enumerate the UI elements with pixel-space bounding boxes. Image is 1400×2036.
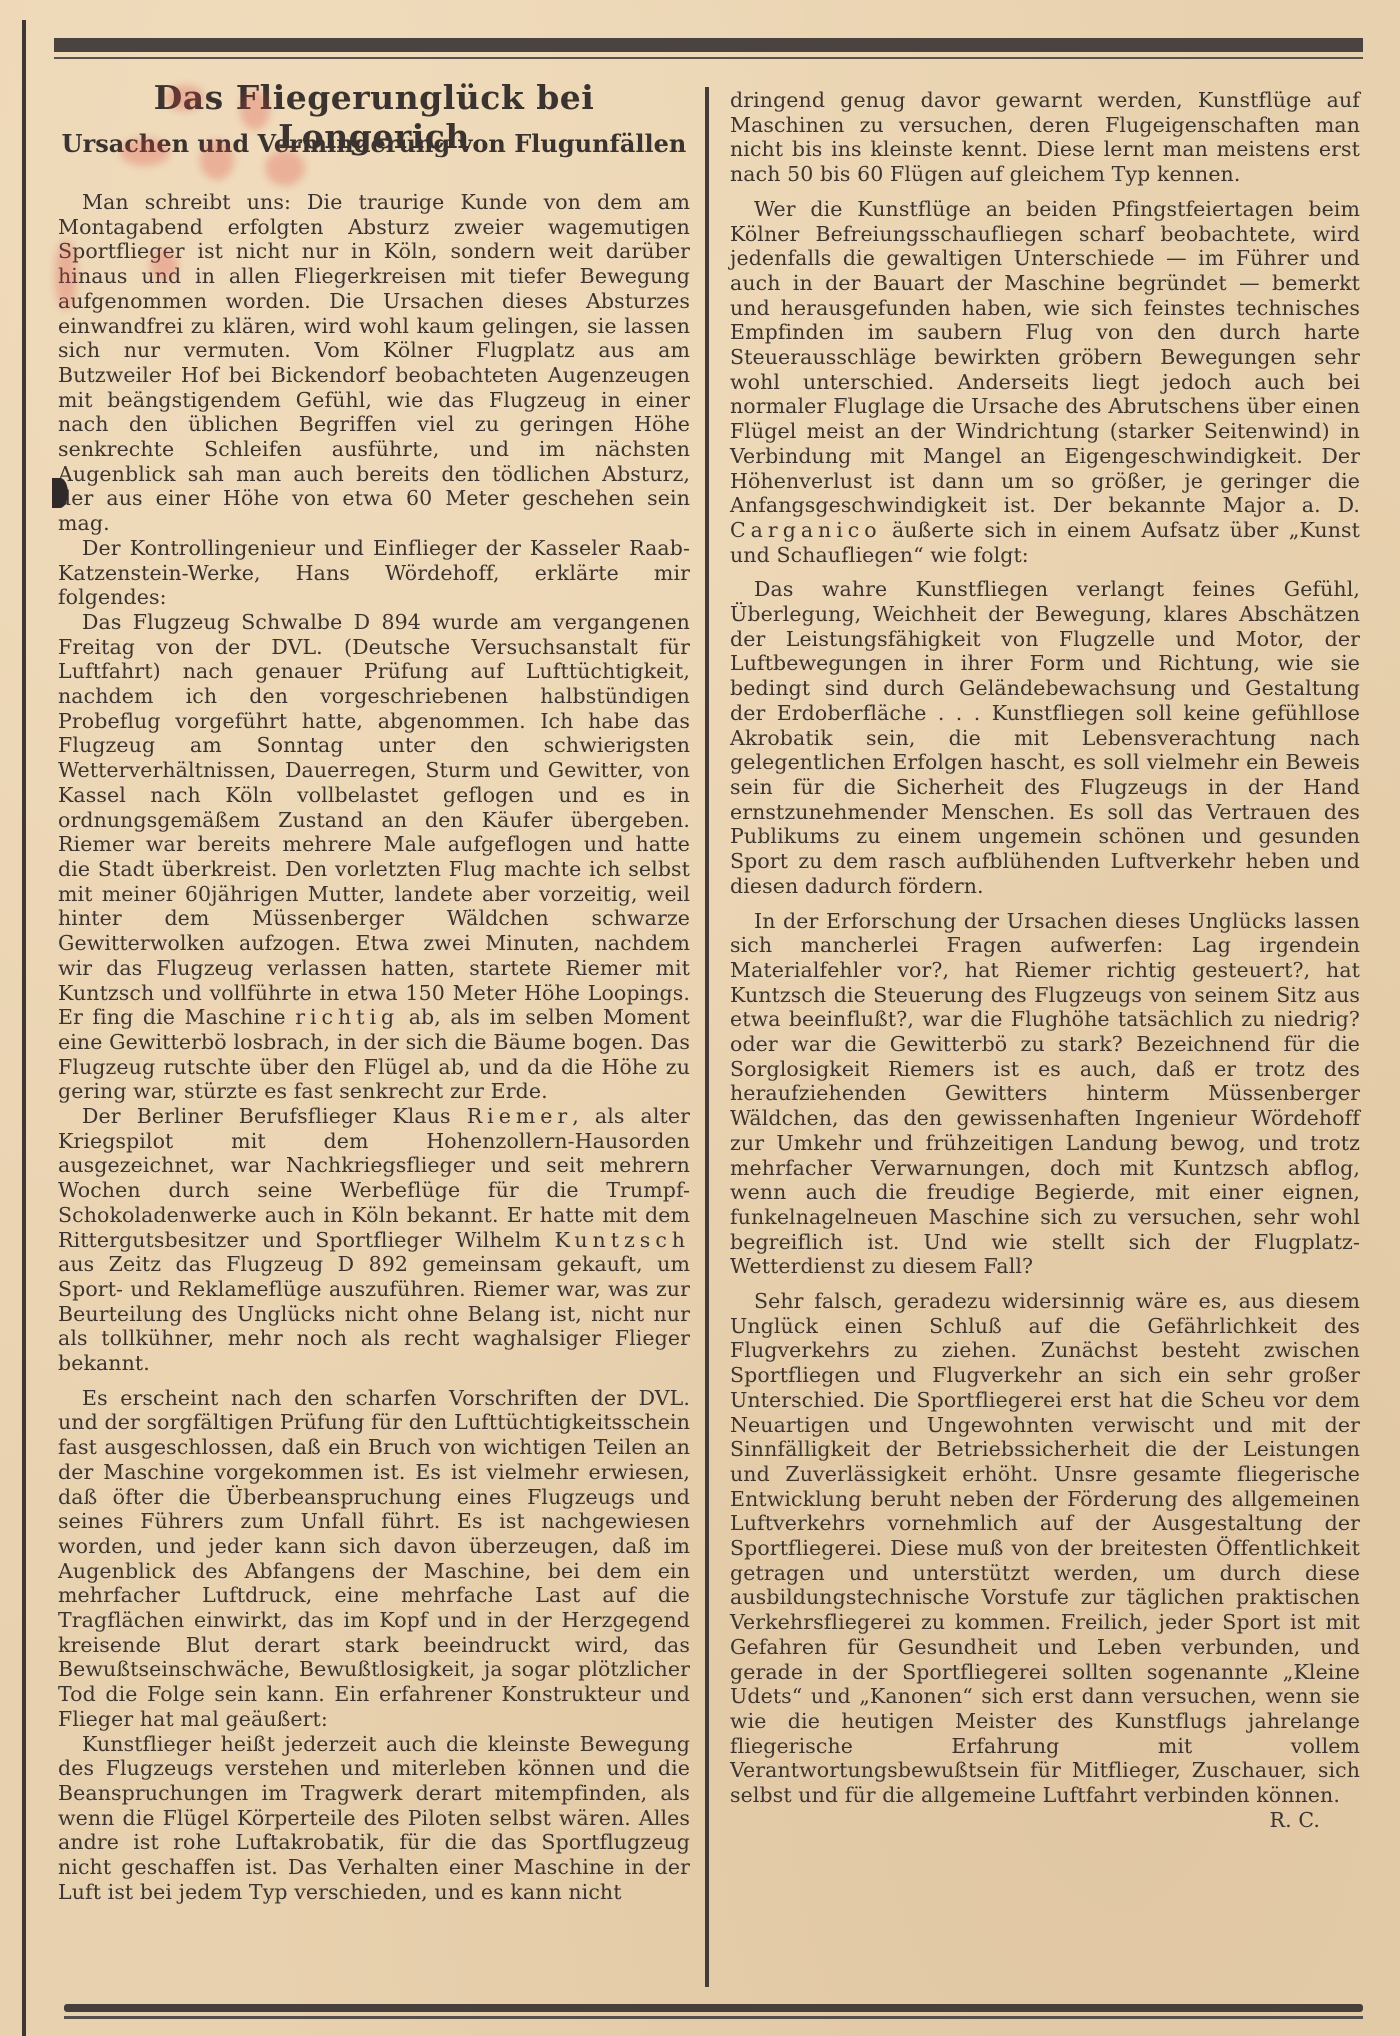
bottom-thick-rule: [64, 2004, 1363, 2012]
top-thin-rule: [54, 57, 1363, 59]
left-column: Man schreibt uns: Die traurige Kunde von…: [58, 190, 690, 1905]
paragraph-true-aerobatics: Das wahre Kunstfliegen verlangt feines G…: [730, 577, 1360, 898]
bio-lead: Der Berliner Berufsflieger Klaus: [82, 1104, 451, 1128]
paragraph-conclusion: Sehr falsch, geradezu widersinnig wäre e…: [730, 1289, 1360, 1808]
right-column: dringend genug davor gewarnt werden, Kun…: [730, 88, 1360, 1833]
name-kuntzsch: Kuntzsch: [554, 1228, 690, 1252]
paragraph-questions: In der Erforschung der Ursachen dieses U…: [730, 909, 1360, 1280]
paragraph-continuation: dringend genug davor gewarnt werden, Kun…: [730, 88, 1360, 187]
conclusion-text: Sehr falsch, geradezu widersinnig wäre e…: [730, 1289, 1360, 1807]
author-signature: R. C.: [1246, 1808, 1320, 1833]
bio-tail: aus Zeitz das Flugzeug D 892 gemeinsam g…: [58, 1252, 690, 1375]
paragraph-pentecost-flights: Wer die Kunstflüge an beiden Pfingstfeie…: [730, 197, 1360, 568]
top-thick-rule: [54, 38, 1363, 52]
outer-left-rule: [22, 20, 26, 2036]
paragraph-engineer-intro: Der Kontrollingenieur und Einflieger der…: [58, 536, 690, 610]
paragraph-engineer-statement: Das Flugzeug Schwalbe D 894 wurde am ver…: [58, 610, 690, 1104]
paragraph-aerobatics-quote: Kunstflieger heißt jederzeit auch die kl…: [58, 1732, 690, 1905]
pentecost-text: Wer die Kunstflüge an beiden Pfingstfeie…: [730, 197, 1360, 517]
name-carganico: Carganico: [730, 518, 882, 542]
article-subheadline: Ursachen und Verminderung von Flugunfäll…: [58, 130, 690, 158]
bottom-thin-rule: [64, 2016, 1363, 2019]
newspaper-clipping: Das Fliegerunglück bei Longerich Ursache…: [0, 0, 1400, 2036]
column-divider: [705, 87, 709, 1987]
name-riemer: Riemer: [467, 1104, 573, 1128]
paragraph-intro: Man schreibt uns: Die traurige Kunde von…: [58, 190, 690, 536]
emphasis-richtig: richtig: [295, 1005, 399, 1029]
statement-text: Das Flugzeug Schwalbe D 894 wurde am ver…: [58, 610, 690, 1029]
punch-hole: [52, 478, 68, 508]
paragraph-regulations: Es erscheint nach den scharfen Vorschrif…: [58, 1386, 690, 1732]
paragraph-pilot-bio: Der Berliner Berufsflieger Klaus Riemer,…: [58, 1104, 690, 1376]
